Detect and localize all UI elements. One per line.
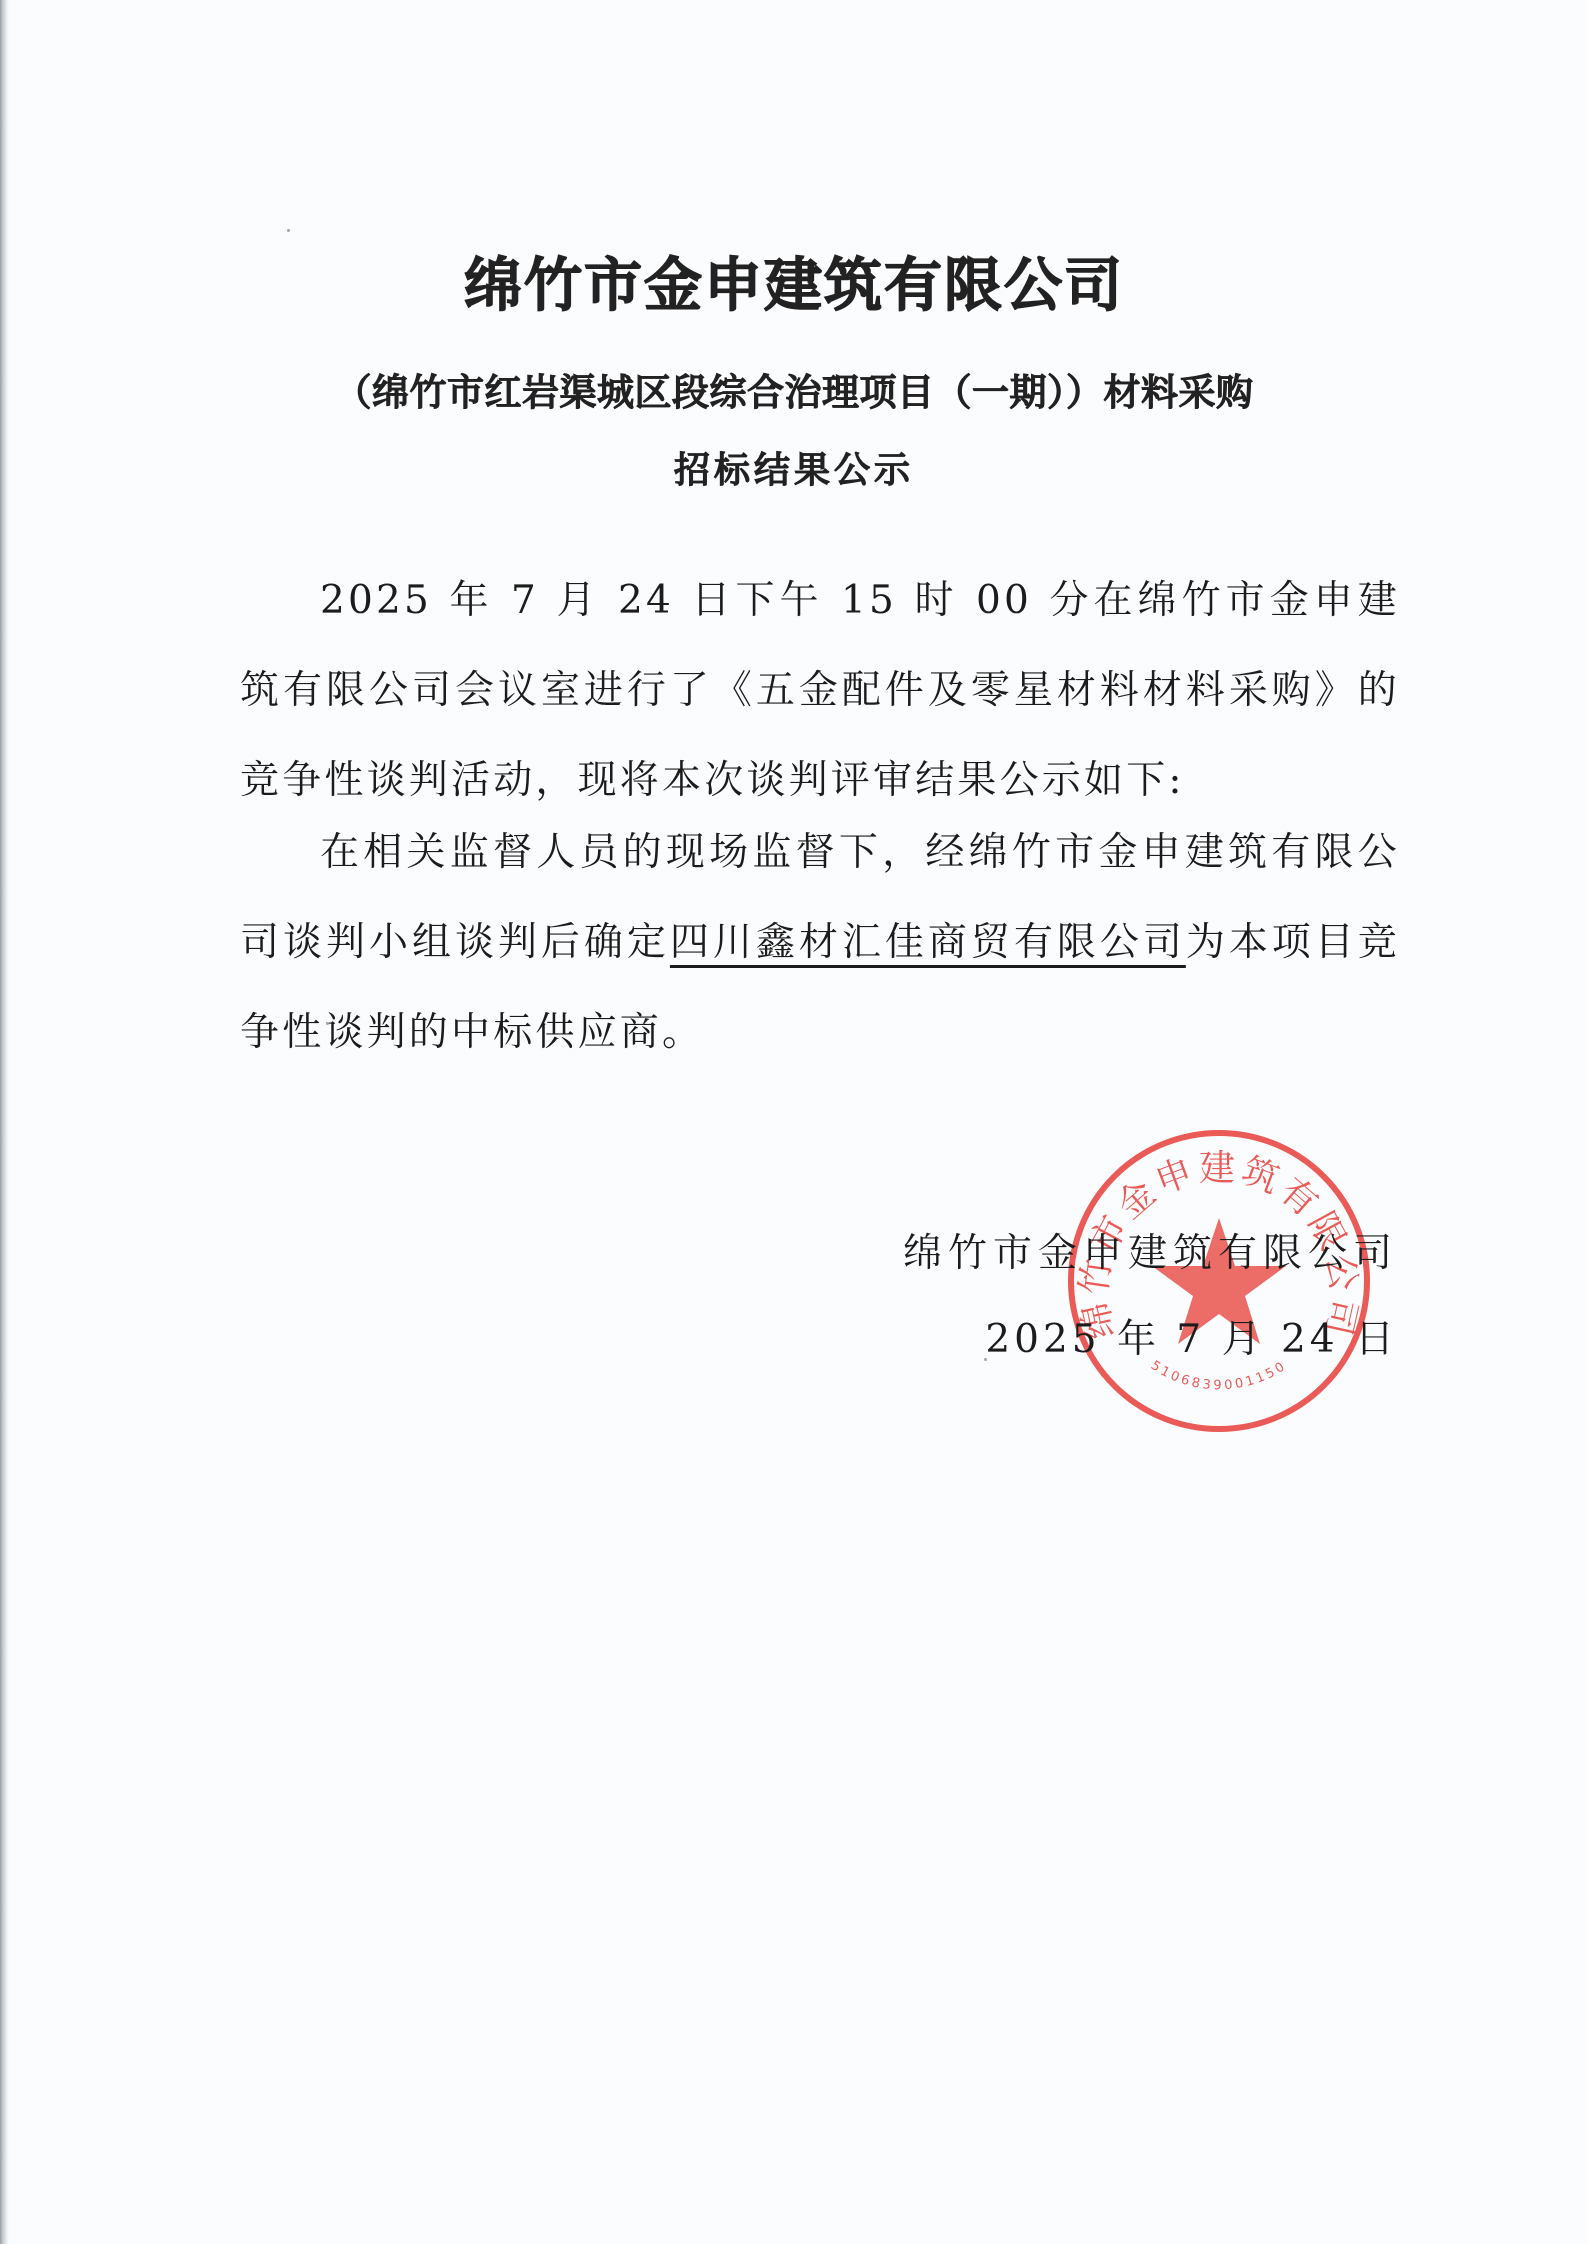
scan-speck [287, 229, 290, 232]
paragraph-announcement: 2025 年 7 月 24 日下午 15 时 00 分在绵竹市金申建筑有限公司会… [240, 556, 1400, 826]
company-seal: 绵竹市金申建筑有限公司 5106839001150 [1064, 1126, 1374, 1436]
paragraph-result: 在相关监督人员的现场监督下，经绵竹市金申建筑有限公司谈判小组谈判后确定四川鑫材汇… [240, 808, 1400, 1078]
scan-page-edge [0, 0, 9, 2244]
signature-company: 绵竹市金申建筑有限公司 [903, 1222, 1398, 1278]
signature-date: 2025 年 7 月 24 日 [985, 1308, 1398, 1364]
document-subtitle: （绵竹市红岩渠城区段综合治理项目（一期））材料采购 [0, 362, 1588, 416]
winning-supplier: 四川鑫材汇佳商贸有限公司 [670, 920, 1186, 965]
document-heading: 招标结果公示 [0, 442, 1588, 493]
document-title: 绵竹市金申建筑有限公司 [0, 238, 1588, 322]
scan-speck [326, 1022, 329, 1025]
